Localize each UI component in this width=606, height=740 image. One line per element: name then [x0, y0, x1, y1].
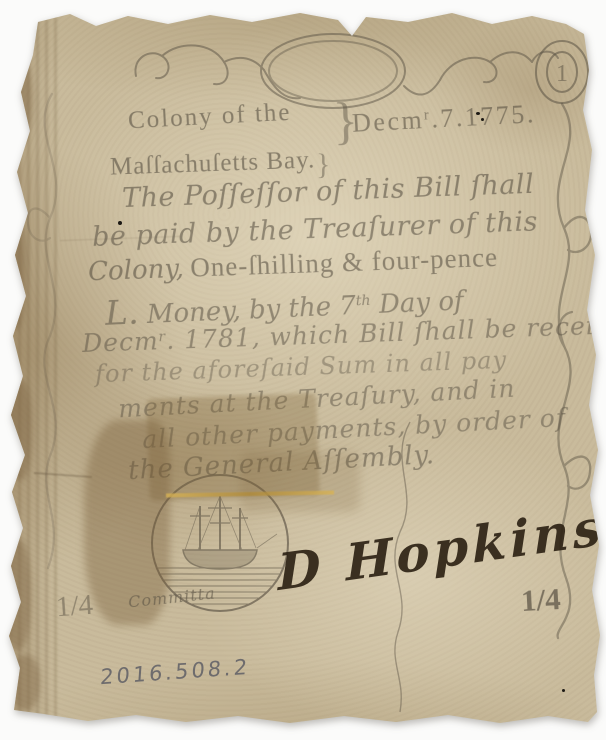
scroll-stem: [44, 336, 56, 568]
scroll-curl: [162, 45, 228, 84]
scroll-curl: [224, 58, 264, 70]
top-ornament-border: 1: [128, 24, 592, 112]
colony-line-2: Maſſachuſetts Bay.: [110, 146, 316, 181]
scroll-swash: [404, 80, 440, 95]
obligation-line-3-script: Colony,: [88, 254, 185, 287]
denomination-emblem: 1: [536, 41, 588, 103]
currency-note: 1 Colony of the Maſſachuſetts Bay. }: [0, 0, 606, 740]
scroll-curl: [490, 52, 532, 62]
obligation-line-3-print: One-ſhilling & four-pence: [190, 242, 499, 283]
ink-speck: [118, 221, 122, 225]
denomination-emblem-value: 1: [556, 61, 568, 87]
note-shadow-wrap: 1 Colony of the Maſſachuſetts Bay. }: [0, 0, 606, 740]
denomination-bottom-left: 1/4: [55, 589, 94, 625]
ink-speck: [476, 112, 480, 115]
obligation-line-4-superscript: th: [355, 293, 371, 310]
ink-speck: [481, 118, 484, 121]
obligation-line-5-prefix: Decm: [82, 326, 160, 358]
scan-background: 1 Colony of the Maſſachuſetts Bay. }: [0, 0, 606, 740]
torn-edge-chunk: [10, 655, 40, 710]
accession-number: 2016.508.2: [99, 655, 251, 690]
left-scroll-border: [22, 90, 82, 590]
scroll-stem: [558, 104, 570, 346]
scroll-curl: [532, 52, 558, 62]
ship-rigging: [185, 496, 277, 550]
scroll-curl: [135, 53, 168, 78]
ink-speck: [562, 689, 565, 692]
issue-date-prefix: Decm: [351, 105, 425, 138]
ship-hull: [183, 550, 257, 569]
denomination-bottom-right: 1/4: [520, 581, 561, 619]
issue-date-suffix: .7.1775.: [431, 99, 537, 133]
scroll-curl: [440, 58, 497, 82]
